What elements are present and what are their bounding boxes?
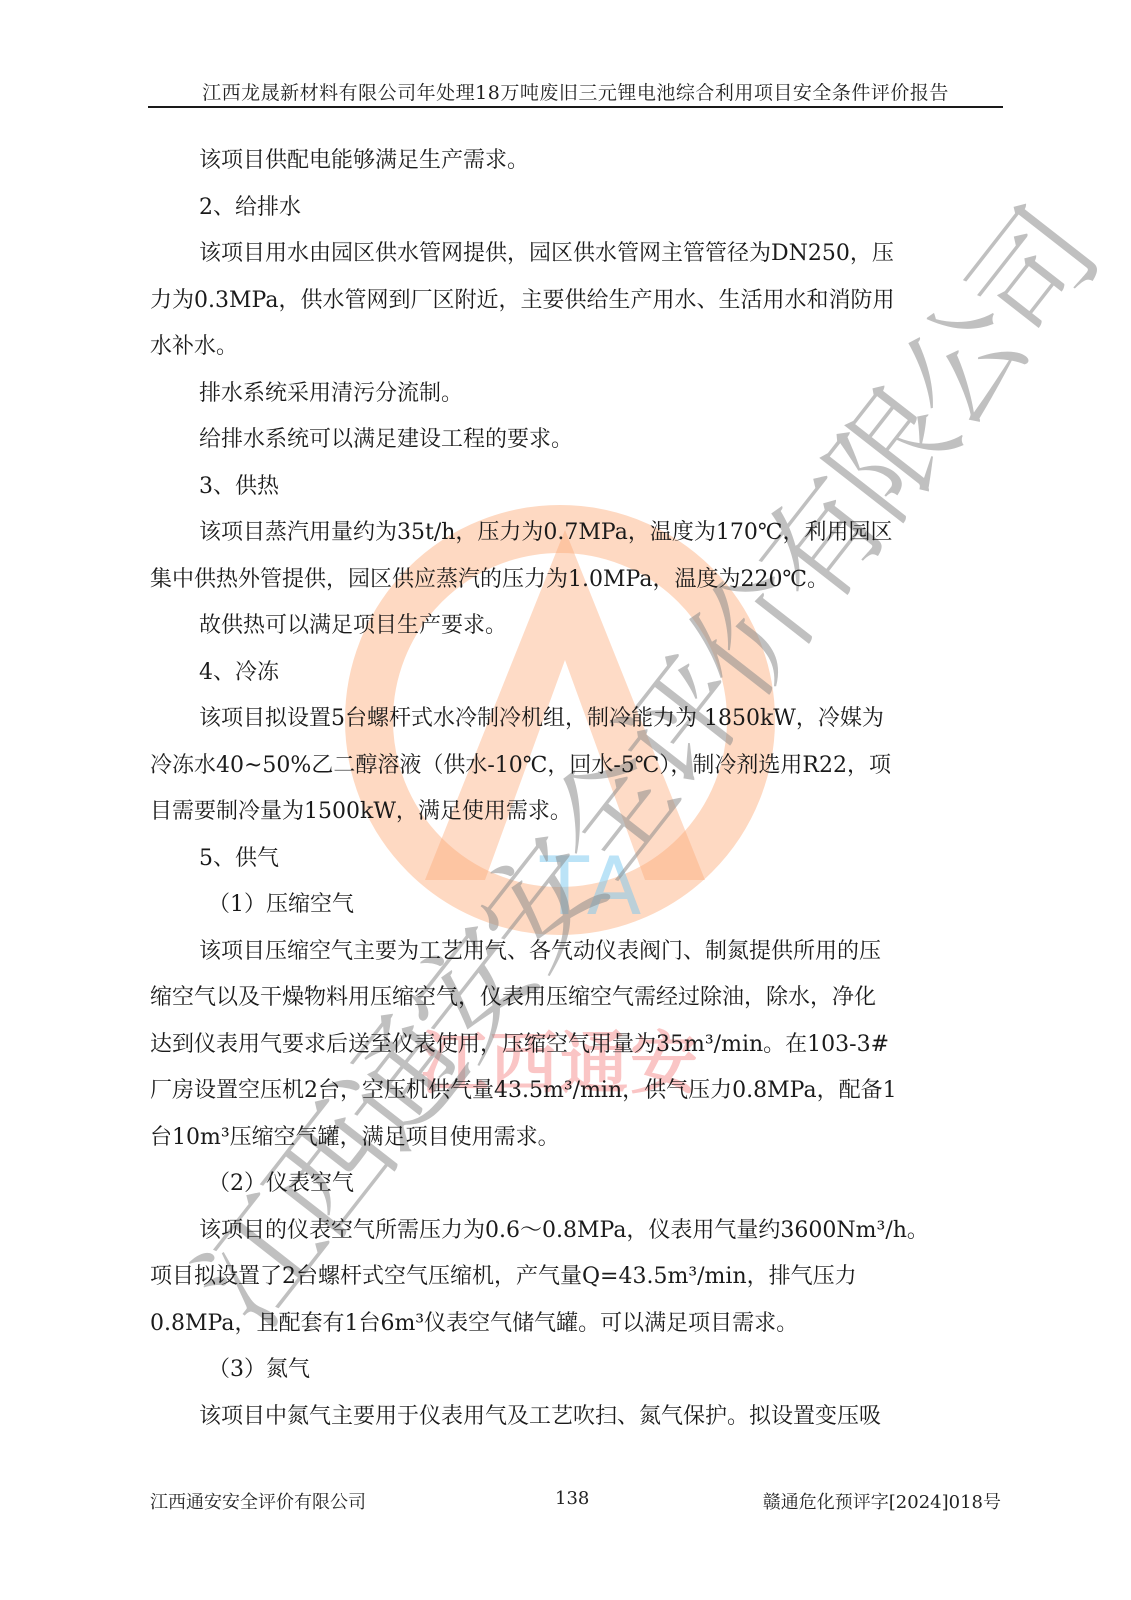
document-body: 该项目供配电能够满足生产需求。2、给排水该项目用水由园区供水管网提供，园区供水管… [150,138,1005,1440]
footer-company: 江西通安安全评价有限公司 [150,1488,366,1514]
footer-doc-number: 赣通危化预评字[2024]018号 [763,1488,1001,1514]
paragraph-line: 该项目中氮气主要用于仪表用气及工艺吹扫、氮气保护。拟设置变压吸 [150,1394,1005,1441]
paragraph-line: （1）压缩空气 [150,882,1005,929]
paragraph-line: 缩空气以及干燥物料用压缩空气，仪表用压缩空气需经过除油，除水，净化 [150,975,1005,1022]
paragraph-line: 目需要制冷量为1500kW，满足使用需求。 [150,789,1005,836]
paragraph-line: （2）仪表空气 [150,1161,1005,1208]
paragraph-line: 2、给排水 [150,185,1005,232]
paragraph-line: 该项目蒸汽用量约为35t/h，压力为0.7MPa，温度为170℃，利用园区 [150,510,1005,557]
paragraph-line: 该项目用水由园区供水管网提供，园区供水管网主管管径为DN250，压 [150,231,1005,278]
paragraph-line: 水补水。 [150,324,1005,371]
paragraph-line: 集中供热外管提供，园区供应蒸汽的压力为1.0MPa，温度为220℃。 [150,557,1005,604]
paragraph-line: 项目拟设置了2台螺杆式空气压缩机，产气量Q=43.5m³/min，排气压力 [150,1254,1005,1301]
paragraph-line: 达到仪表用气要求后送至仪表使用，压缩空气用量为35m³/min。在103-3# [150,1022,1005,1069]
paragraph-line: 给排水系统可以满足建设工程的要求。 [150,417,1005,464]
paragraph-line: （3）氮气 [150,1347,1005,1394]
footer-page-number: 138 [555,1488,589,1509]
document-page: TA 江西通安 江西通安安全评价有限公司 江西龙晟新材料有限公司年处理18万吨废… [0,0,1131,1600]
paragraph-line: 该项目的仪表空气所需压力为0.6～0.8MPa，仪表用气量约3600Nm³/h。 [150,1208,1005,1255]
paragraph-line: 故供热可以满足项目生产要求。 [150,603,1005,650]
page-header-title: 江西龙晟新材料有限公司年处理18万吨废旧三元锂电池综合利用项目安全条件评价报告 [148,78,1003,105]
header-divider [148,106,1003,108]
paragraph-line: 该项目拟设置5台螺杆式水冷制冷机组，制冷能力为 1850kW，冷媒为 [150,696,1005,743]
paragraph-line: 0.8MPa，且配套有1台6m³仪表空气储气罐。可以满足项目需求。 [150,1301,1005,1348]
paragraph-line: 排水系统采用清污分流制。 [150,371,1005,418]
paragraph-line: 该项目压缩空气主要为工艺用气、各气动仪表阀门、制氮提供所用的压 [150,929,1005,976]
paragraph-line: 5、供气 [150,836,1005,883]
paragraph-line: 4、冷冻 [150,650,1005,697]
paragraph-line: 台10m³压缩空气罐，满足项目使用需求。 [150,1115,1005,1162]
paragraph-line: 冷冻水40~50%乙二醇溶液（供水-10℃，回水-5℃），制冷剂选用R22，项 [150,743,1005,790]
paragraph-line: 该项目供配电能够满足生产需求。 [150,138,1005,185]
paragraph-line: 3、供热 [150,464,1005,511]
paragraph-line: 力为0.3MPa，供水管网到厂区附近，主要供给生产用水、生活用水和消防用 [150,278,1005,325]
paragraph-line: 厂房设置空压机2台，空压机供气量43.5m³/min，供气压力0.8MPa，配备… [150,1068,1005,1115]
